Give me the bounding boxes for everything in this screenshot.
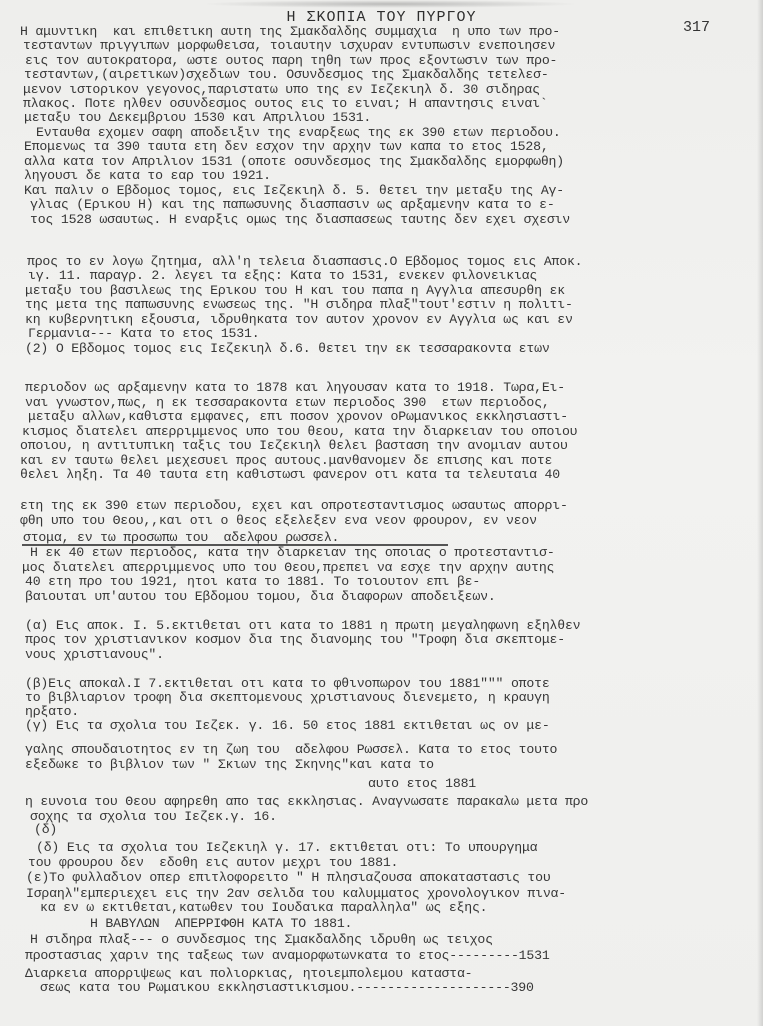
- text-line: ληγουσι δε κατα το εαρ του 1921.: [24, 168, 271, 183]
- text-line: προς τον χριστιανικον κοσμον δια της δια…: [25, 632, 565, 647]
- text-line: Ισραηλ"εμπεριεχει εις την 2αν σελιδα του…: [26, 886, 566, 901]
- text-line: ετη της εκ 390 ετων περιοδου, εχει και ο…: [20, 498, 568, 513]
- text-line: αλλα κατα τον Απριλιον 1531 (οποτε οσυνδ…: [24, 154, 564, 169]
- text-line: το βιβλιαριον τροφη δια σκεπτομενους χρι…: [25, 690, 550, 705]
- text-line: κη κυβερνητικη εξουσια, ιδρυθηκατα τον α…: [25, 312, 573, 327]
- text-line: Επομενως τα 390 ταυτα ετη δεν εσχον την …: [24, 139, 549, 154]
- text-line: μεταξυ του βασιλεως της Ερικου του Η και…: [25, 283, 565, 298]
- text-line: περιοδον ως αρξαμενην κατα το 1878 και λ…: [25, 380, 565, 395]
- text-line: η ευνοια του Θεου αφηρεθη απο τας εκκλησ…: [25, 794, 588, 809]
- text-line: μεταξυ αλλων,καθιστα εμφανες, επι ποσον …: [28, 409, 568, 424]
- text-line: μος διατελει απερριμμενος υπο του Θεου,π…: [22, 560, 554, 575]
- text-line: Διαρκεια απορριψεως και πολιορκιας, ητοι…: [25, 966, 472, 981]
- text-line: προς το εν λογω ζητημα, αλλ'η τελεια δια…: [27, 254, 582, 269]
- text-line: κισμος διατελει απερριμμενος υπο του θεο…: [22, 424, 577, 439]
- text-line: βαιουται υπ'αυτου του Εβδομου τομου, δια…: [25, 589, 496, 604]
- section-heading: Η ΒΑΒΥΛΩΝ ΑΠΕΡΡΙΦΘΗ ΚΑΤΑ ΤΟ 1881.: [90, 916, 352, 931]
- text-line: (β)Εις αποκαλ.Ι 7.εκτιθεται οτι κατα το …: [25, 676, 550, 691]
- text-line: 40 ετη προ του 1921, ητοι κατα το 1881. …: [25, 574, 480, 589]
- page-number: 317: [683, 19, 710, 36]
- text-line: μενον ιστορικον γεγονος,παριστατω υπο τη…: [23, 82, 540, 97]
- text-line: Ενταυθα εχομεν σαφη αποδειξιν της εναρξε…: [36, 125, 561, 140]
- text-line: κα εν ω εκτιθεται,κατωθεν του Ιουδαικα π…: [40, 900, 487, 915]
- text-line: Και παλιν ο Εβδομος τομος, εις Ιεζεκιηλ …: [24, 183, 564, 198]
- text-line: ναι γνωστον,πως, η εκ τεσσαρακοντα ετων …: [25, 395, 550, 410]
- text-line: σοχης τα σχολια του Ιεζεκ.γ. 16.: [30, 809, 277, 824]
- text-line: του φρουρου δεν εδοθη εις αυτον μεχρι το…: [28, 855, 398, 870]
- text-line: νους χριστιανους".: [25, 647, 164, 662]
- text-line: Η σιδηρα πλαξ--- ο συνδεσμος της Σμακδαλ…: [30, 932, 493, 947]
- text-line: Η εκ 40 ετων περιοδος, κατα την διαρκεια…: [30, 545, 555, 560]
- text-line: και εν ταυτω θελει μεχεσυει προς αυτους.…: [20, 453, 552, 468]
- text-line-insert: αυτο ετος 1881: [368, 776, 476, 791]
- text-line: (γ) Εις τα σχολια του Ιεζεκ. γ. 16. 50 ε…: [25, 718, 550, 733]
- text-line: σεως κατα του Ρωμαικου εκκλησιαστικισμου…: [40, 980, 534, 995]
- text-line: τεσταντων,(αιρετικων)σχεδιων του. Οσυνδε…: [24, 67, 549, 82]
- text-line-underlined: στομα, εν τω προσωπω του αδελφου ρωσσελ.: [23, 530, 339, 545]
- text-line: ηρξατο.: [25, 704, 79, 719]
- text-line: τεσταντων πριγγιπων μορφωθεισα, τοιαυτην…: [23, 38, 555, 53]
- text-line: (ε)Το φυλλαδιον οπερ επιτλοφορειτο " Η π…: [26, 870, 551, 885]
- text-line: εις τον αυτοκρατορα, ωστε ουτος παρη τηθ…: [25, 53, 557, 68]
- text-line: οποιου, η αντιτυπικη ταξις του Ιεζεκιηλ …: [20, 438, 568, 453]
- text-line: τος 1528 ωσαυτως. Η εναρξις ομως της δια…: [30, 212, 570, 227]
- text-line: θελει ληξη. Τα 40 ταυτα ετη καθιστωσι φα…: [20, 467, 560, 482]
- text-line: (2) Ο Εβδομος τομος εις Ιεζεκιηλ δ.6. θε…: [25, 341, 550, 356]
- scan-smudge: [200, 0, 580, 8]
- text-line: Γερμανια--- Κατα το ετος 1531.: [28, 326, 259, 341]
- text-line: της μετα της παπωσυνης ενωσεως της. "Η σ…: [25, 297, 573, 312]
- text-line: πλακος. Ποτε ηλθεν οσυνδεσμος ουτος εις …: [23, 96, 548, 111]
- text-line: Η αμυντικη και επιθετικη αυτη της Σμακδα…: [20, 24, 560, 39]
- text-line: γλιας (Ερικου Η) και της παπωσυνης διασπ…: [30, 197, 555, 212]
- text-line: (α) Εις αποκ. Ι. 5.εκτιθεται οτι κατα το…: [25, 618, 580, 633]
- text-line-struck: (δ): [34, 822, 57, 837]
- text-line: (δ) Εις τα σχολια του Ιεζεκιηλ γ. 17. εκ…: [36, 840, 537, 855]
- text-line: μεταξυ του Δεκεμβριου 1530 και Απριλιου …: [24, 110, 371, 125]
- text-line: προστασιας χαριν της ταξεως των αναμορφω…: [25, 948, 550, 963]
- text-line: φθη υπο του Θεου,,και οτι ο θεος εξελεξε…: [20, 513, 537, 528]
- document-page: Η ΣΚΟΠΙΑ ΤΟΥ ΠΥΡΓΟΥ 317 Η αμυντικη και ε…: [0, 0, 763, 1026]
- text-line: γαλης σπουδαιοτητος εν τη ζωη του αδελφο…: [25, 742, 557, 757]
- page-edge-shadow: [757, 0, 763, 1026]
- text-line: ιγ. 11. παραγρ. 2. λεγει τα εξης: Κατα τ…: [28, 268, 537, 283]
- text-line: εξεδωκε το βιβλιον των " Σκιων της Σκηνη…: [25, 757, 434, 772]
